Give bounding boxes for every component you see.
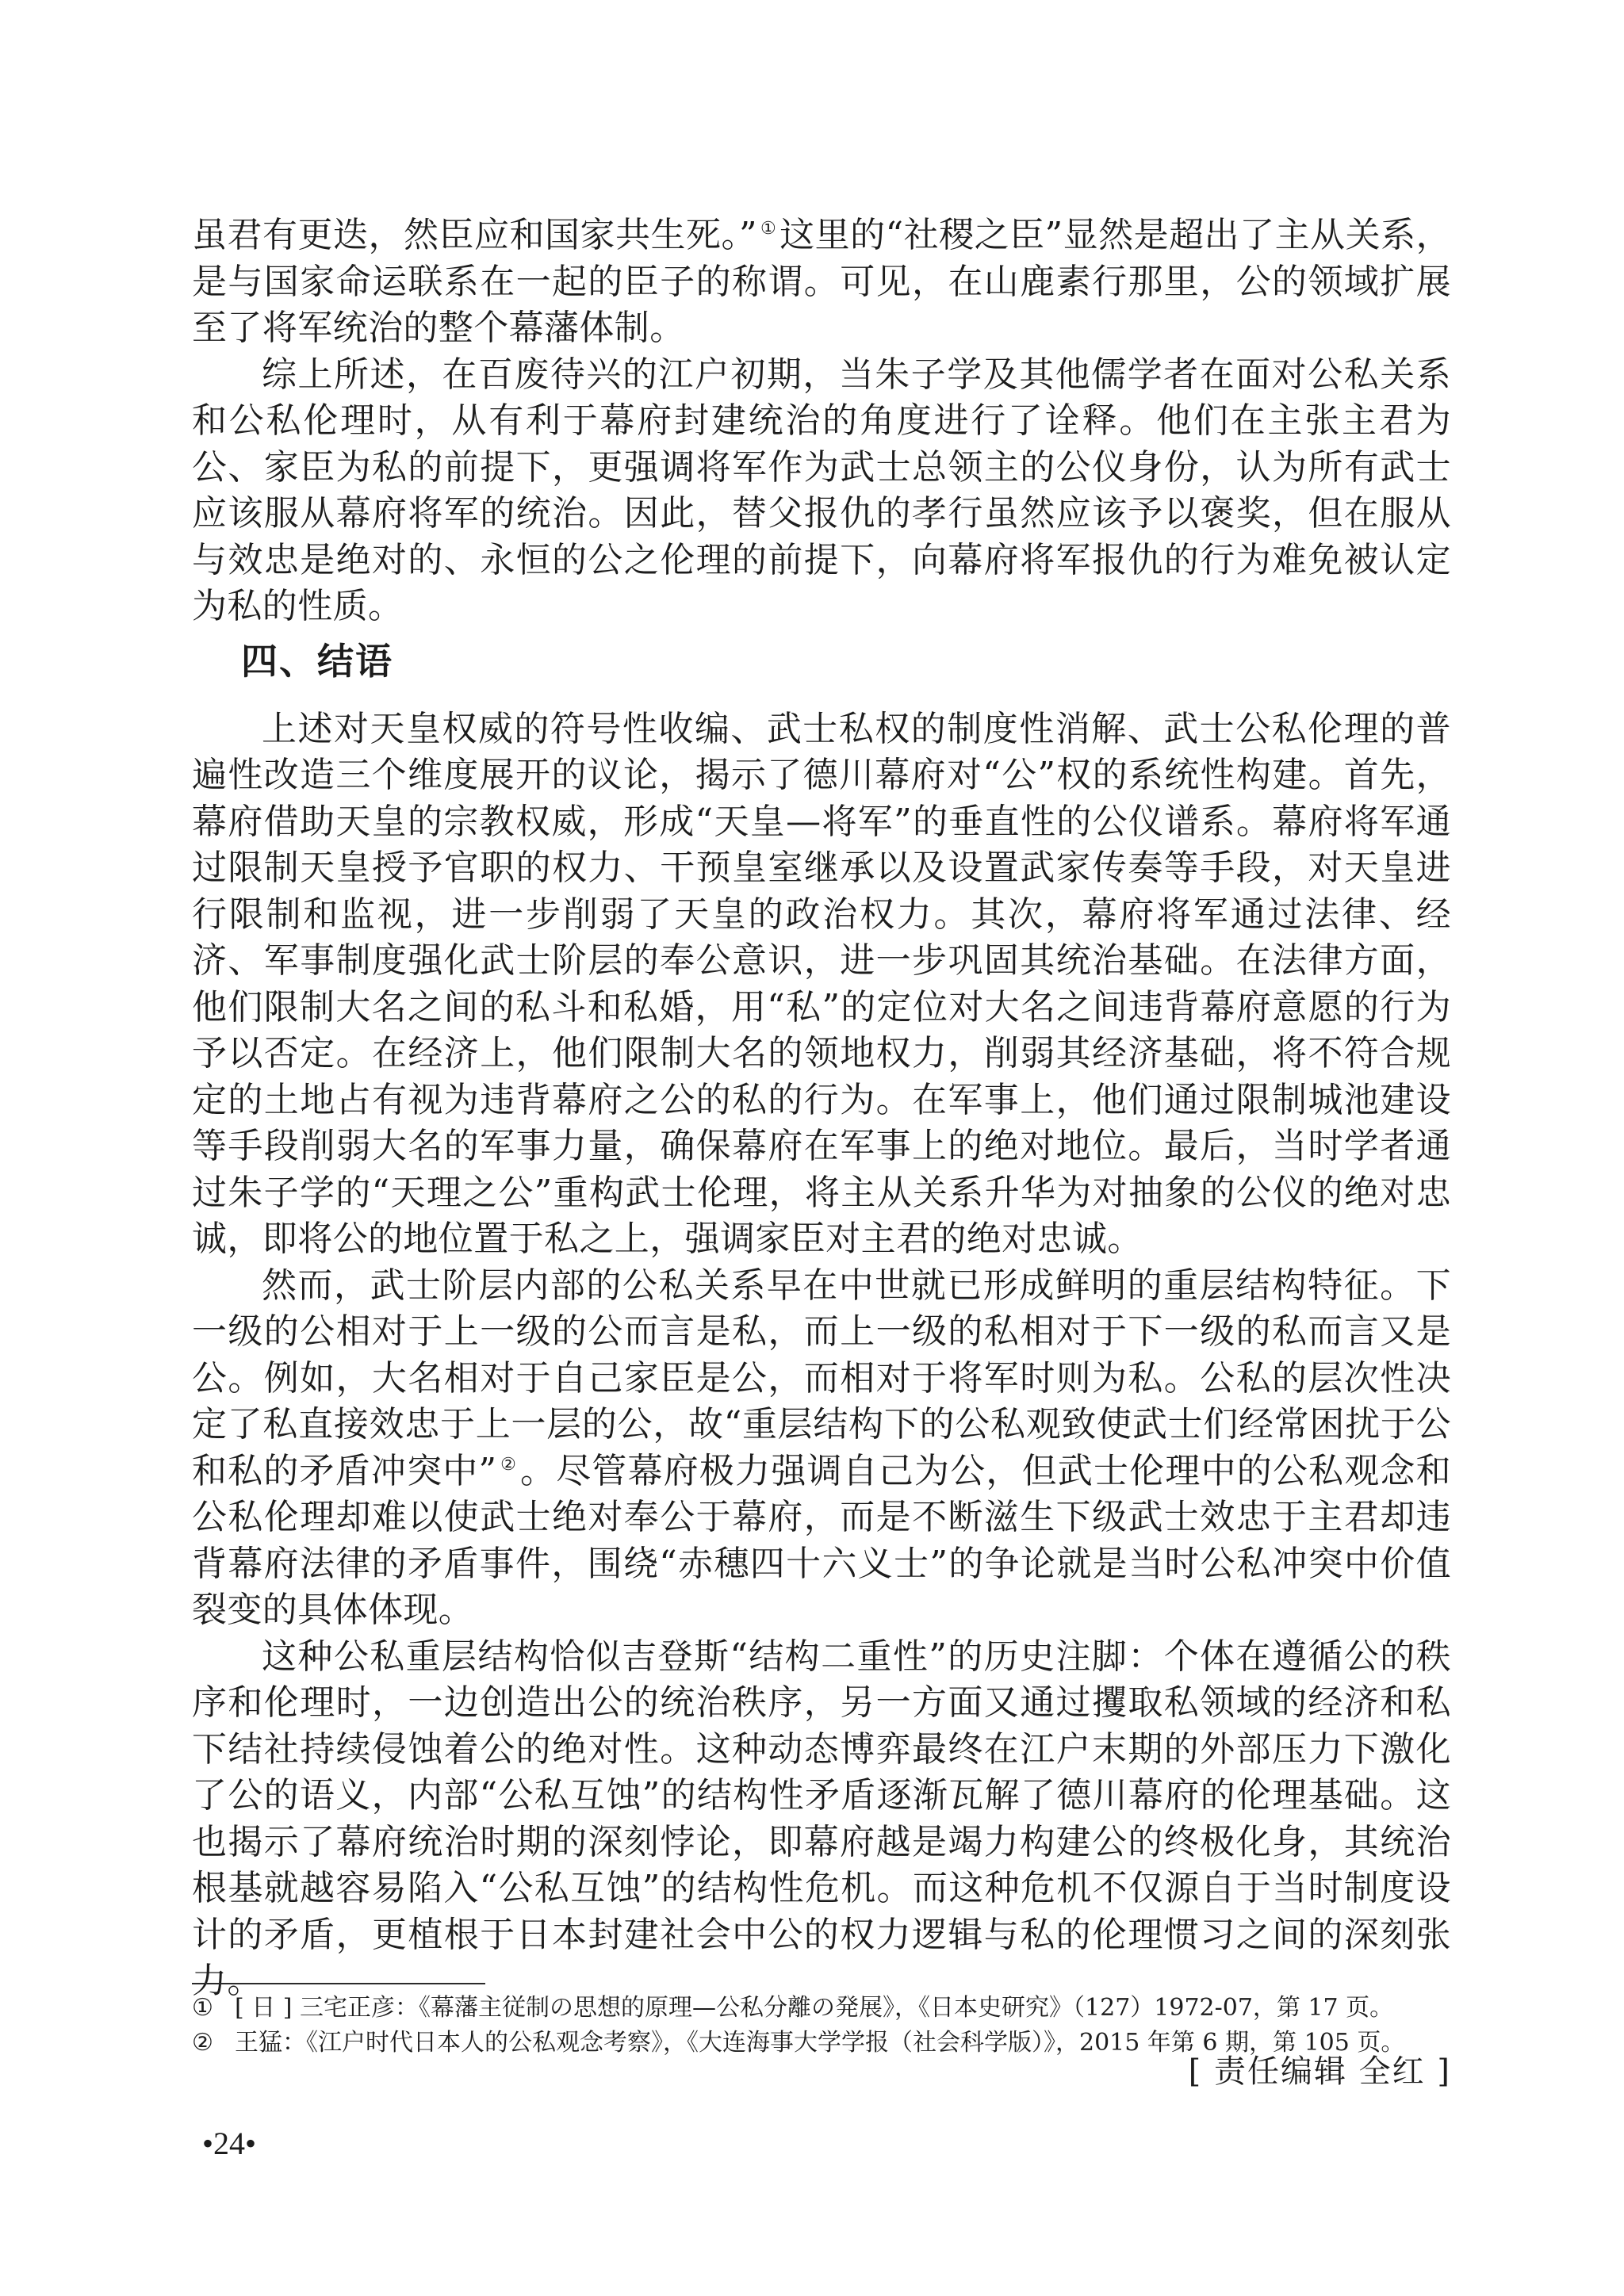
footnote-2: ② 王猛：《江户时代日本人的公私观念考察》，《大连海事大学学报（社会科学版）》，… <box>192 2026 1451 2061</box>
footnote-text: [ 日 ] 三宅正彦：《幕藩主従制の思想的原理—公私分離の発展》，《日本史研究》… <box>235 1991 1393 2026</box>
footnote-number: ② <box>192 2026 216 2061</box>
footnotes-section: ① [ 日 ] 三宅正彦：《幕藩主従制の思想的原理—公私分離の発展》，《日本史研… <box>192 1983 1451 2061</box>
footnote-reference-1[interactable]: ① <box>760 219 776 239</box>
paragraph-conclusion-2: 然而，武士阶层内部的公私关系早在中世就已形成鲜明的重层结构特征。下一级的公相对于… <box>192 1263 1451 1634</box>
footnote-divider <box>192 1983 485 1984</box>
footnote-text: 王猛：《江户时代日本人的公私观念考察》，《大连海事大学学报（社会科学版）》，20… <box>235 2026 1404 2061</box>
footnote-1: ① [ 日 ] 三宅正彦：《幕藩主従制の思想的原理—公私分離の発展》，《日本史研… <box>192 1991 1451 2026</box>
paragraph-continuation: 虽君有更迭，然臣应和国家共生死。”①这里的“社稷之臣”显然是超出了主从关系，是与… <box>192 212 1451 352</box>
article-body: 虽君有更迭，然臣应和国家共生死。”①这里的“社稷之臣”显然是超出了主从关系，是与… <box>192 212 1451 2091</box>
paragraph-summary: 综上所述，在百废待兴的江户初期，当朱子学及其他儒学者在面对公私关系和公私伦理时，… <box>192 352 1451 630</box>
section-heading-conclusion: 四、结语 <box>241 638 1451 684</box>
paragraph-conclusion-3: 这种公私重层结构恰似吉登斯“结构二重性”的历史注脚：个体在遵循公的秩序和伦理时，… <box>192 1634 1451 2005</box>
footnote-reference-2[interactable]: ② <box>500 1455 517 1475</box>
paragraph-conclusion-1: 上述对天皇权威的符号性收编、武士私权的制度性消解、武士公私伦理的普遍性改造三个维… <box>192 706 1451 1263</box>
page-number: •24• <box>202 2125 256 2162</box>
footnote-number: ① <box>192 1991 216 2026</box>
